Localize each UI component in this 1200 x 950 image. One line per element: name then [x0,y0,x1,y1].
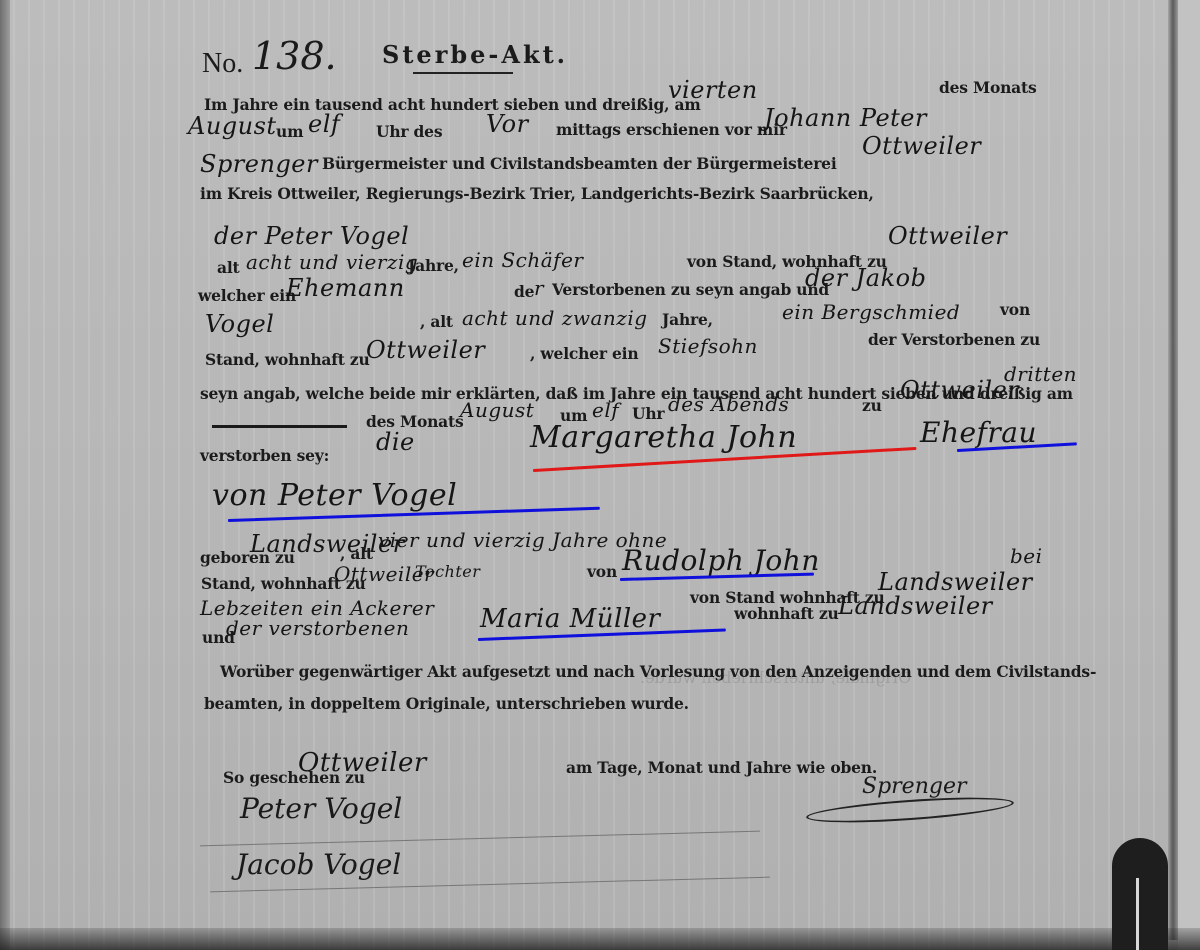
printed-kreis-line: im Kreis Ottweiler, Regierungs-Bezirk Tr… [200,184,874,203]
hw-declarant1-residence: Ottweiler [888,222,1007,250]
document-title: Sterbe-Akt. [382,40,568,69]
printed-von-2: von [587,562,617,581]
hw-death-month: August [460,398,534,422]
hw-mother: Maria Müller [480,604,660,634]
hw-death-time-of-day: des Abends [668,392,789,416]
hw-deceased-relation: Ehefrau [920,416,1037,449]
printed-stand-wohnhaft: Stand, wohnhaft zu [205,350,370,369]
printed-der-verstorbenen: der Verstorbenen zu [868,330,1040,349]
hw-declarant2-residence: Ottweiler [366,336,485,364]
printed-alt: alt [217,258,240,277]
printed-worueber: Worüber gegenwärtiger Akt aufgesetzt und… [220,662,1096,681]
printed-mittags: mittags erschienen vor mir [556,120,787,139]
hw-mother-residence: Landsweiler [838,592,993,620]
printed-line-1: Im Jahre ein tausend acht hundert sieben… [204,95,701,114]
hw-declarant2-age: acht und zwanzig [462,306,648,330]
hw-declarant2-first: der Jakob [805,264,926,292]
printed-alt-3: , alt [340,544,373,563]
hw-declarant1-name: der Peter Vogel [214,222,409,250]
signature-witness-2: Jacob Vogel [236,848,401,881]
book-binding-edge [0,0,10,950]
printed-de: de [514,282,534,301]
printed-alt-2: , alt [420,312,453,331]
hw-declarant2-last: Vogel [205,310,274,338]
printed-zu: zu [862,396,882,415]
hw-daughter-of: Tochter [415,562,480,581]
printed-wohnhaft-zu: wohnhaft zu [734,604,839,623]
hw-official-last: Sprenger [200,150,318,178]
hw-month: August [188,112,277,140]
hw-declarant2-occupation: ein Bergschmied [782,300,960,324]
hw-death-place: Ottweiler [900,376,1019,404]
hw-deceased-article: die [376,428,415,456]
printed-beamten: beamten, in doppeltem Originale, untersc… [204,694,689,713]
printed-um: um [276,122,303,141]
hw-declarant1-relation: Ehemann [286,274,405,302]
hw-signed-place: Ottweiler [298,748,427,778]
page-bottom-shadow [0,928,1200,950]
hw-hour: elf [308,110,340,138]
hw-day: vierten [668,76,758,104]
page-fold [1168,0,1178,940]
printed-des-monats: des Monats [939,78,1037,97]
printed-uhr-des: Uhr des [376,122,442,141]
printed-verstorbenen: Verstorbenen zu seyn angab und [552,280,829,299]
printed-buergermeister: Bürgermeister und Civilstandsbeamten der… [322,154,837,173]
printed-verstorben-sey: verstorben sey: [200,446,329,465]
adjacent-page-edge [1178,0,1200,950]
record-number: 138. [252,34,337,78]
printed-jahre: Jahre, [408,256,459,275]
hw-declarant1-age: acht und vierzig [246,250,418,274]
hw-relation-suffix: r [534,276,544,300]
hw-declarant2-relation: Stiefsohn [658,334,758,358]
signature-official: Sprenger [862,774,966,799]
record-number-label: No. [202,48,243,80]
printed-welcher-ein: welcher ein [198,286,296,305]
hw-deceased-name: Margaretha John [530,420,797,455]
hw-municipality: Ottweiler [862,132,981,160]
printed-von: von [1000,300,1030,319]
hw-death-hour: elf [592,398,619,422]
printed-am-tage: am Tage, Monat und Jahre wie oben. [566,758,877,777]
printed-jahre-2: Jahre, [662,310,713,329]
hw-declarant1-occupation: ein Schäfer [462,248,583,272]
hw-father: Rudolph John [622,544,820,577]
hw-father-note: bei [1010,544,1043,568]
book-clip [1112,838,1168,950]
hw-official-first: Johann Peter [764,104,927,132]
title-underline [413,72,513,74]
register-page [0,0,1200,950]
signature-witness-1: Peter Vogel [240,792,402,825]
hw-mother-prefix: der verstorbenen [226,616,409,640]
blank-rule [212,425,347,428]
hw-husband: von Peter Vogel [212,478,457,513]
printed-welcher-ein-2: , welcher ein [530,344,638,363]
hw-time-of-day: Vor [486,110,529,138]
